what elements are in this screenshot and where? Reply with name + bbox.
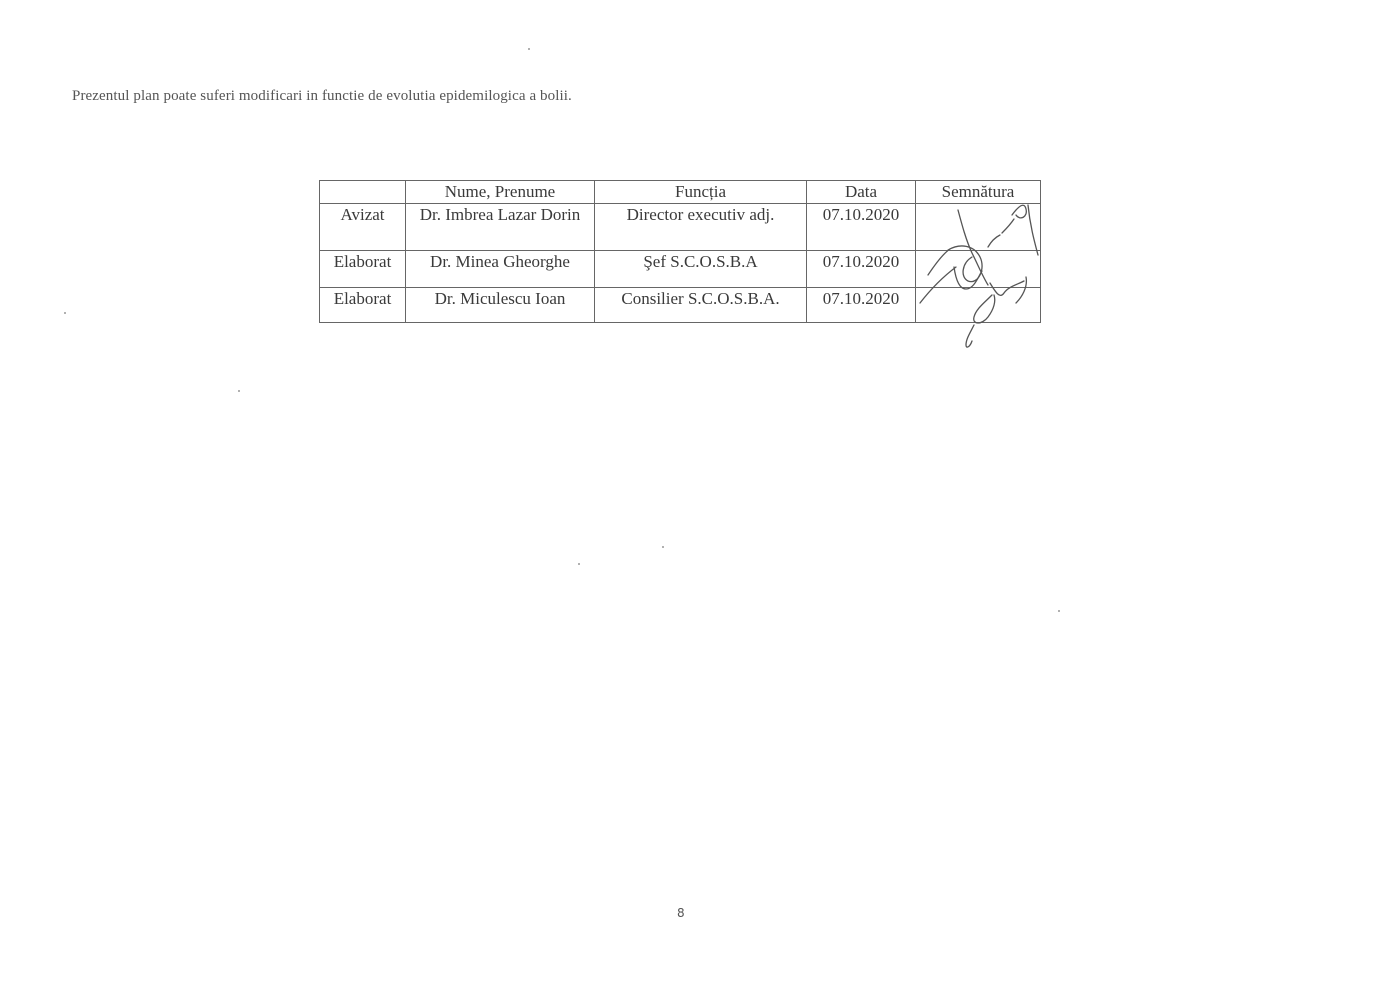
scan-speck — [662, 546, 664, 548]
scan-speck — [238, 390, 240, 392]
page-number: 8 — [677, 906, 685, 920]
header-name: Nume, Prenume — [406, 181, 595, 204]
cell-signature — [916, 288, 1041, 323]
header-function: Funcția — [595, 181, 807, 204]
scan-speck — [1058, 610, 1060, 612]
cell-date: 07.10.2020 — [807, 288, 916, 323]
scan-speck — [528, 48, 530, 50]
table-header-row: Nume, Prenume Funcția Data Semnătura — [320, 181, 1041, 204]
scan-speck — [64, 312, 66, 314]
cell-role: Avizat — [320, 204, 406, 251]
cell-date: 07.10.2020 — [807, 204, 916, 251]
table-row: Avizat Dr. Imbrea Lazar Dorin Director e… — [320, 204, 1041, 251]
cell-function: Consilier S.C.O.S.B.A. — [595, 288, 807, 323]
cell-date: 07.10.2020 — [807, 251, 916, 288]
table-row: Elaborat Dr. Miculescu Ioan Consilier S.… — [320, 288, 1041, 323]
header-role — [320, 181, 406, 204]
cell-name: Dr. Imbrea Lazar Dorin — [406, 204, 595, 251]
table-row: Elaborat Dr. Minea Gheorghe Şef S.C.O.S.… — [320, 251, 1041, 288]
cell-name: Dr. Minea Gheorghe — [406, 251, 595, 288]
cell-signature — [916, 204, 1041, 251]
scan-speck — [578, 563, 580, 565]
header-date: Data — [807, 181, 916, 204]
cell-signature — [916, 251, 1041, 288]
cell-function: Director executiv adj. — [595, 204, 807, 251]
plan-note: Prezentul plan poate suferi modificari i… — [72, 88, 572, 105]
cell-name: Dr. Miculescu Ioan — [406, 288, 595, 323]
cell-function: Şef S.C.O.S.B.A — [595, 251, 807, 288]
header-signature: Semnătura — [916, 181, 1041, 204]
cell-role: Elaborat — [320, 288, 406, 323]
approval-table: Nume, Prenume Funcția Data Semnătura Avi… — [319, 180, 1041, 323]
cell-role: Elaborat — [320, 251, 406, 288]
